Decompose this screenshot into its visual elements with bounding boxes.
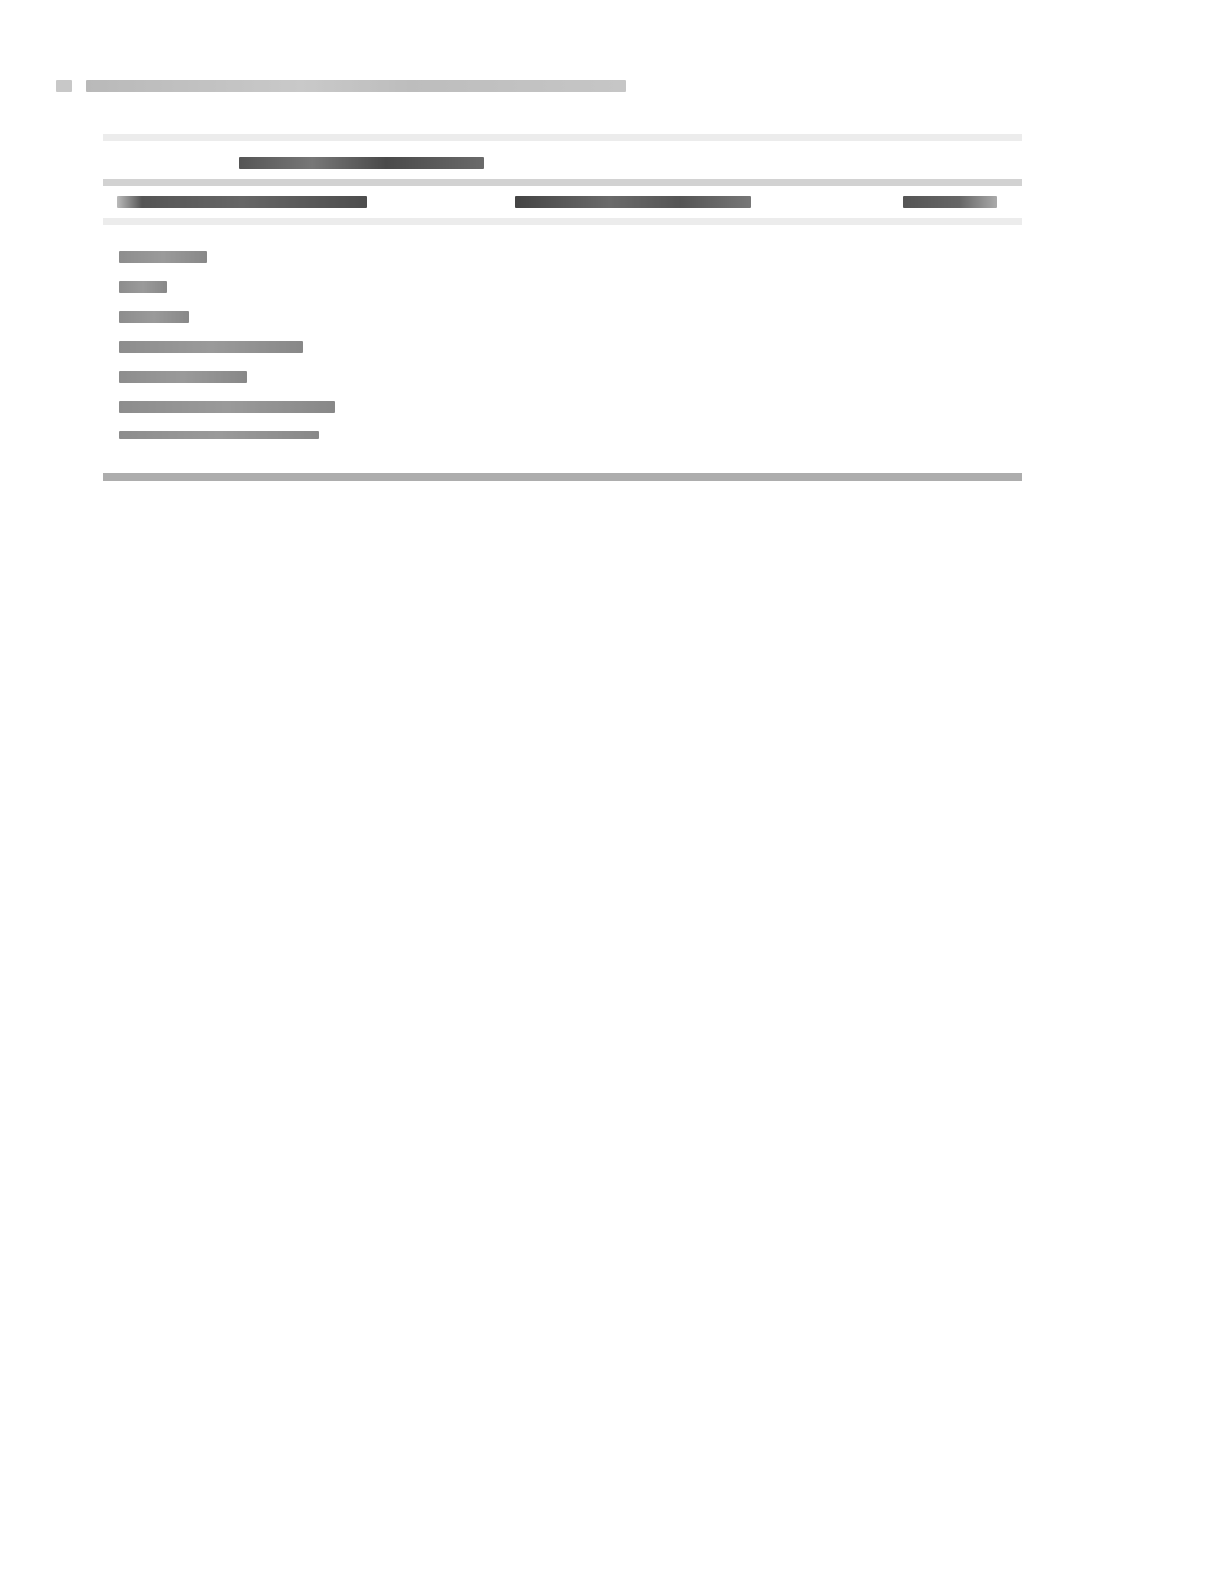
column-header-2 xyxy=(515,196,751,208)
table-row xyxy=(103,241,1022,271)
row-label xyxy=(119,281,167,293)
table-top-rule xyxy=(103,134,1022,141)
table-row xyxy=(103,361,1022,391)
table-row xyxy=(103,421,1022,451)
table-row xyxy=(103,331,1022,361)
column-header-1 xyxy=(117,196,367,208)
row-label xyxy=(119,371,247,383)
column-header-3 xyxy=(903,196,997,208)
row-label xyxy=(119,401,335,413)
table-caption-row xyxy=(103,141,1022,179)
table-row xyxy=(103,271,1022,301)
table-caption-rule xyxy=(103,179,1022,186)
row-label xyxy=(119,431,319,439)
table-body xyxy=(103,225,1022,473)
table-bottom-rule xyxy=(103,473,1022,481)
row-label xyxy=(119,251,207,263)
table-header-row xyxy=(103,186,1022,218)
section-heading xyxy=(56,76,626,96)
data-table xyxy=(103,134,1022,481)
row-label xyxy=(119,341,303,353)
table-header-rule xyxy=(103,218,1022,225)
section-number xyxy=(56,80,72,92)
section-heading-text xyxy=(86,80,626,92)
table-row xyxy=(103,301,1022,331)
table-caption xyxy=(239,157,484,169)
table-row xyxy=(103,391,1022,421)
row-label xyxy=(119,311,189,323)
